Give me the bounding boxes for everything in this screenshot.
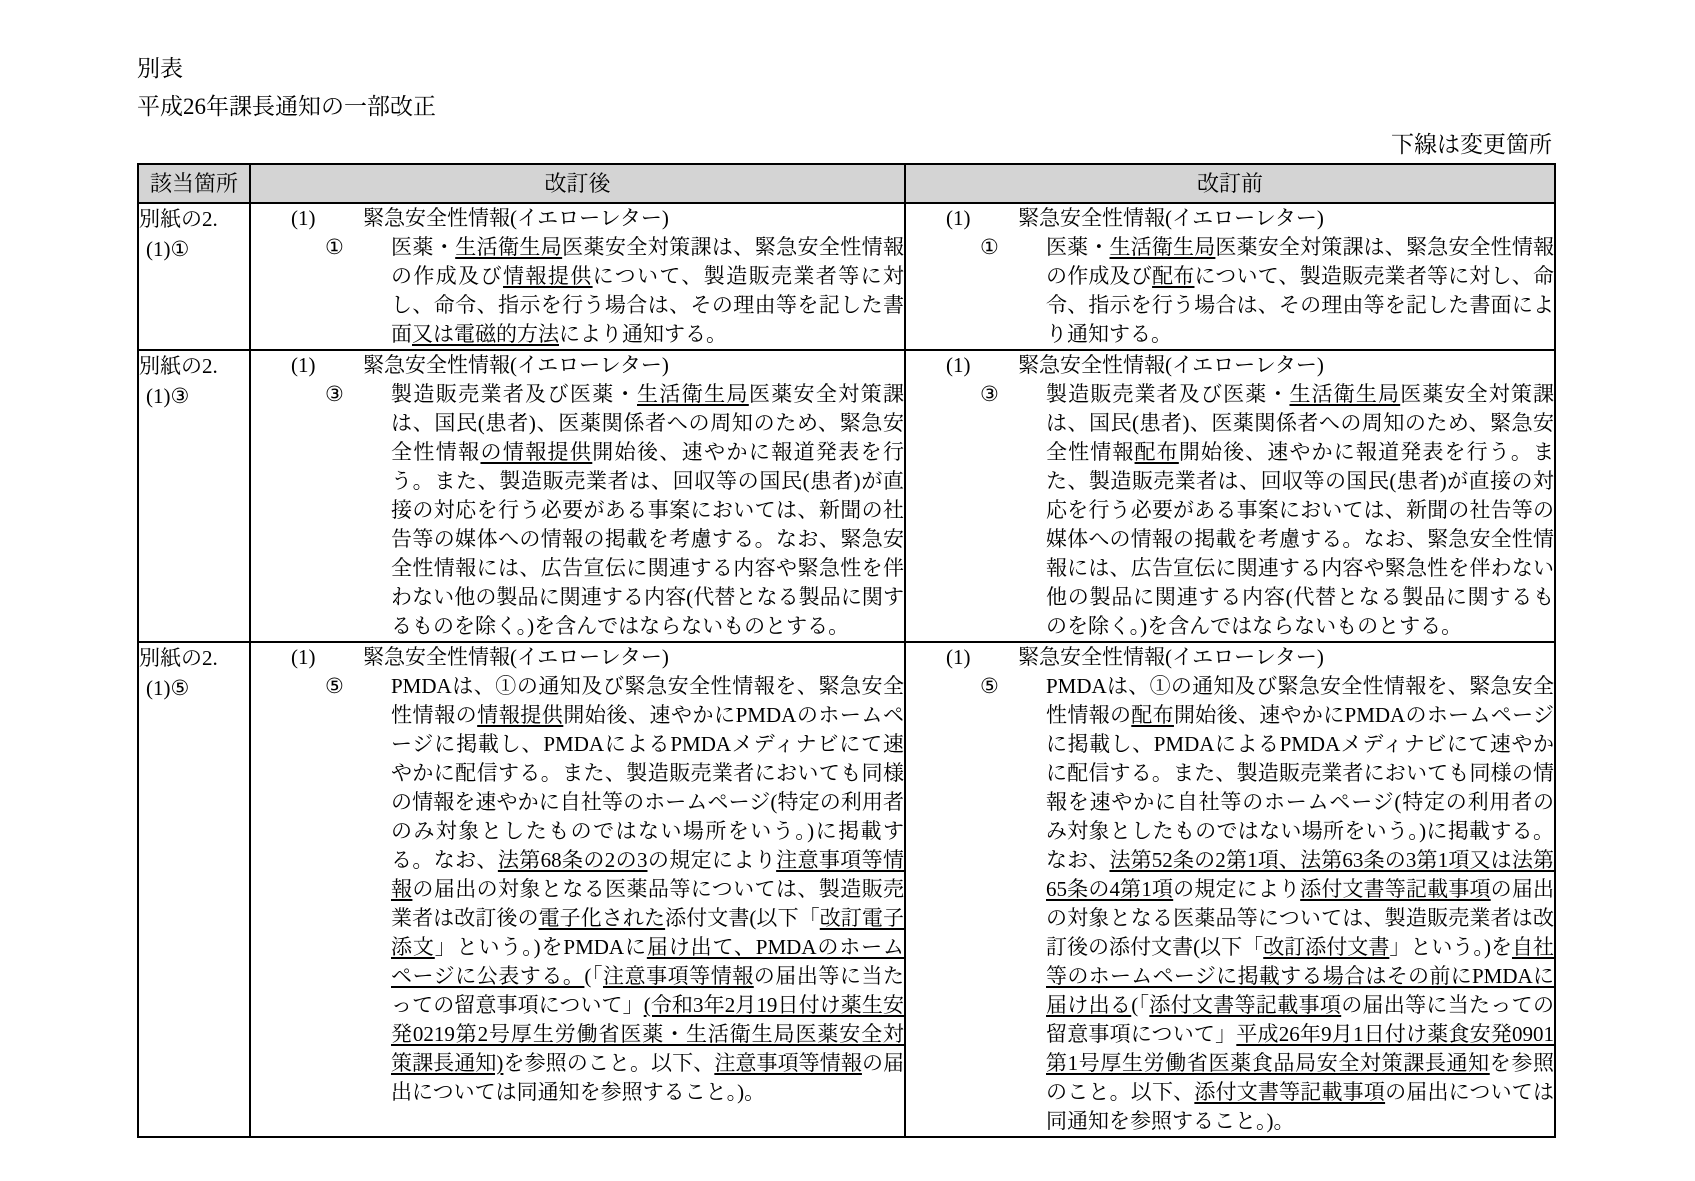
item-number: ⑤ [325, 672, 344, 701]
heading-number: (1) [946, 643, 1018, 672]
item-number: ⑤ [980, 672, 999, 701]
heading-text: 緊急安全性情報(イエローレター) [1018, 645, 1324, 669]
item-text: 医薬・生活衛生局医薬安全対策課は、緊急安全性情報の作成及び情報提供について、製造… [391, 235, 904, 346]
heading-text: 緊急安全性情報(イエローレター) [1018, 353, 1324, 377]
heading-number: (1) [291, 204, 363, 233]
page-title: 別表 [137, 50, 1695, 88]
location-line-1: 別紙の2. [139, 204, 249, 234]
item-paragraph: ③ 製造販売業者及び医薬・生活衛生局医薬安全対策課は、国民(患者)、医薬関係者へ… [906, 380, 1554, 641]
location-cell: 別紙の2. (1)③ [138, 350, 250, 642]
item-text: 医薬・生活衛生局医薬安全対策課は、緊急安全性情報の作成及び配布について、製造販売… [1046, 235, 1554, 346]
underline-note: 下線は変更箇所 [137, 130, 1552, 160]
heading-number: (1) [291, 351, 363, 380]
heading-number: (1) [946, 204, 1018, 233]
heading-text: 緊急安全性情報(イエローレター) [363, 206, 669, 230]
item-paragraph: ⑤ PMDAは、①の通知及び緊急安全性情報を、緊急安全性情報の情報提供開始後、速… [251, 672, 904, 1107]
item-heading: (1)緊急安全性情報(イエローレター) [906, 351, 1554, 380]
after-cell: (1)緊急安全性情報(イエローレター) ⑤ PMDAは、①の通知及び緊急安全性情… [250, 642, 905, 1137]
after-cell: (1)緊急安全性情報(イエローレター) ③ 製造販売業者及び医薬・生活衛生局医薬… [250, 350, 905, 642]
col-header-after: 改訂後 [250, 164, 905, 203]
location-line-1: 別紙の2. [139, 351, 249, 381]
item-paragraph: ① 医薬・生活衛生局医薬安全対策課は、緊急安全性情報の作成及び配布について、製造… [906, 233, 1554, 349]
before-cell: (1)緊急安全性情報(イエローレター) ⑤ PMDAは、①の通知及び緊急安全性情… [905, 642, 1555, 1137]
item-text: PMDAは、①の通知及び緊急安全性情報を、緊急安全性情報の配布開始後、速やかにP… [1046, 674, 1554, 1133]
table-row: 別紙の2. (1)③ (1)緊急安全性情報(イエローレター) ③ 製造販売業者及… [138, 350, 1555, 642]
item-number: ① [325, 233, 344, 262]
table-row: 別紙の2. (1)⑤ (1)緊急安全性情報(イエローレター) ⑤ PMDAは、①… [138, 642, 1555, 1137]
location-cell: 別紙の2. (1)① [138, 203, 250, 350]
item-heading: (1)緊急安全性情報(イエローレター) [251, 204, 904, 233]
heading-number: (1) [291, 643, 363, 672]
heading-text: 緊急安全性情報(イエローレター) [363, 353, 669, 377]
before-cell: (1)緊急安全性情報(イエローレター) ③ 製造販売業者及び医薬・生活衛生局医薬… [905, 350, 1555, 642]
location-line-1: 別紙の2. [139, 643, 249, 673]
item-number: ③ [325, 380, 344, 409]
page-subtitle: 平成26年課長通知の一部改正 [137, 88, 1695, 126]
document-page: 別表 平成26年課長通知の一部改正 下線は変更箇所 該当箇所 改訂後 改訂前 別… [0, 0, 1695, 1138]
table-row: 別紙の2. (1)① (1)緊急安全性情報(イエローレター) ① 医薬・生活衛生… [138, 203, 1555, 350]
item-heading: (1)緊急安全性情報(イエローレター) [906, 643, 1554, 672]
item-paragraph: ① 医薬・生活衛生局医薬安全対策課は、緊急安全性情報の作成及び情報提供について、… [251, 233, 904, 349]
item-paragraph: ⑤ PMDAは、①の通知及び緊急安全性情報を、緊急安全性情報の配布開始後、速やか… [906, 672, 1554, 1136]
before-cell: (1)緊急安全性情報(イエローレター) ① 医薬・生活衛生局医薬安全対策課は、緊… [905, 203, 1555, 350]
item-number: ① [980, 233, 999, 262]
location-line-2: (1)① [139, 234, 249, 264]
table-area: 下線は変更箇所 該当箇所 改訂後 改訂前 別紙の2. (1)① [137, 130, 1554, 1138]
location-line-2: (1)③ [139, 381, 249, 411]
location-line-2: (1)⑤ [139, 673, 249, 703]
col-header-before: 改訂前 [905, 164, 1555, 203]
item-text: 製造販売業者及び医薬・生活衛生局医薬安全対策課は、国民(患者)、医薬関係者への周… [1046, 382, 1554, 638]
heading-text: 緊急安全性情報(イエローレター) [363, 645, 669, 669]
heading-text: 緊急安全性情報(イエローレター) [1018, 206, 1324, 230]
item-text: 製造販売業者及び医薬・生活衛生局医薬安全対策課は、国民(患者)、医薬関係者への周… [391, 382, 904, 638]
item-paragraph: ③ 製造販売業者及び医薬・生活衛生局医薬安全対策課は、国民(患者)、医薬関係者へ… [251, 380, 904, 641]
item-text: PMDAは、①の通知及び緊急安全性情報を、緊急安全性情報の情報提供開始後、速やか… [391, 674, 904, 1104]
item-heading: (1)緊急安全性情報(イエローレター) [906, 204, 1554, 233]
heading-number: (1) [946, 351, 1018, 380]
item-heading: (1)緊急安全性情報(イエローレター) [251, 351, 904, 380]
item-number: ③ [980, 380, 999, 409]
comparison-table: 該当箇所 改訂後 改訂前 別紙の2. (1)① (1)緊急安全性情報(イエローレ… [137, 163, 1556, 1138]
after-cell: (1)緊急安全性情報(イエローレター) ① 医薬・生活衛生局医薬安全対策課は、緊… [250, 203, 905, 350]
col-header-location: 該当箇所 [138, 164, 250, 203]
table-header-row: 該当箇所 改訂後 改訂前 [138, 164, 1555, 203]
item-heading: (1)緊急安全性情報(イエローレター) [251, 643, 904, 672]
location-cell: 別紙の2. (1)⑤ [138, 642, 250, 1137]
